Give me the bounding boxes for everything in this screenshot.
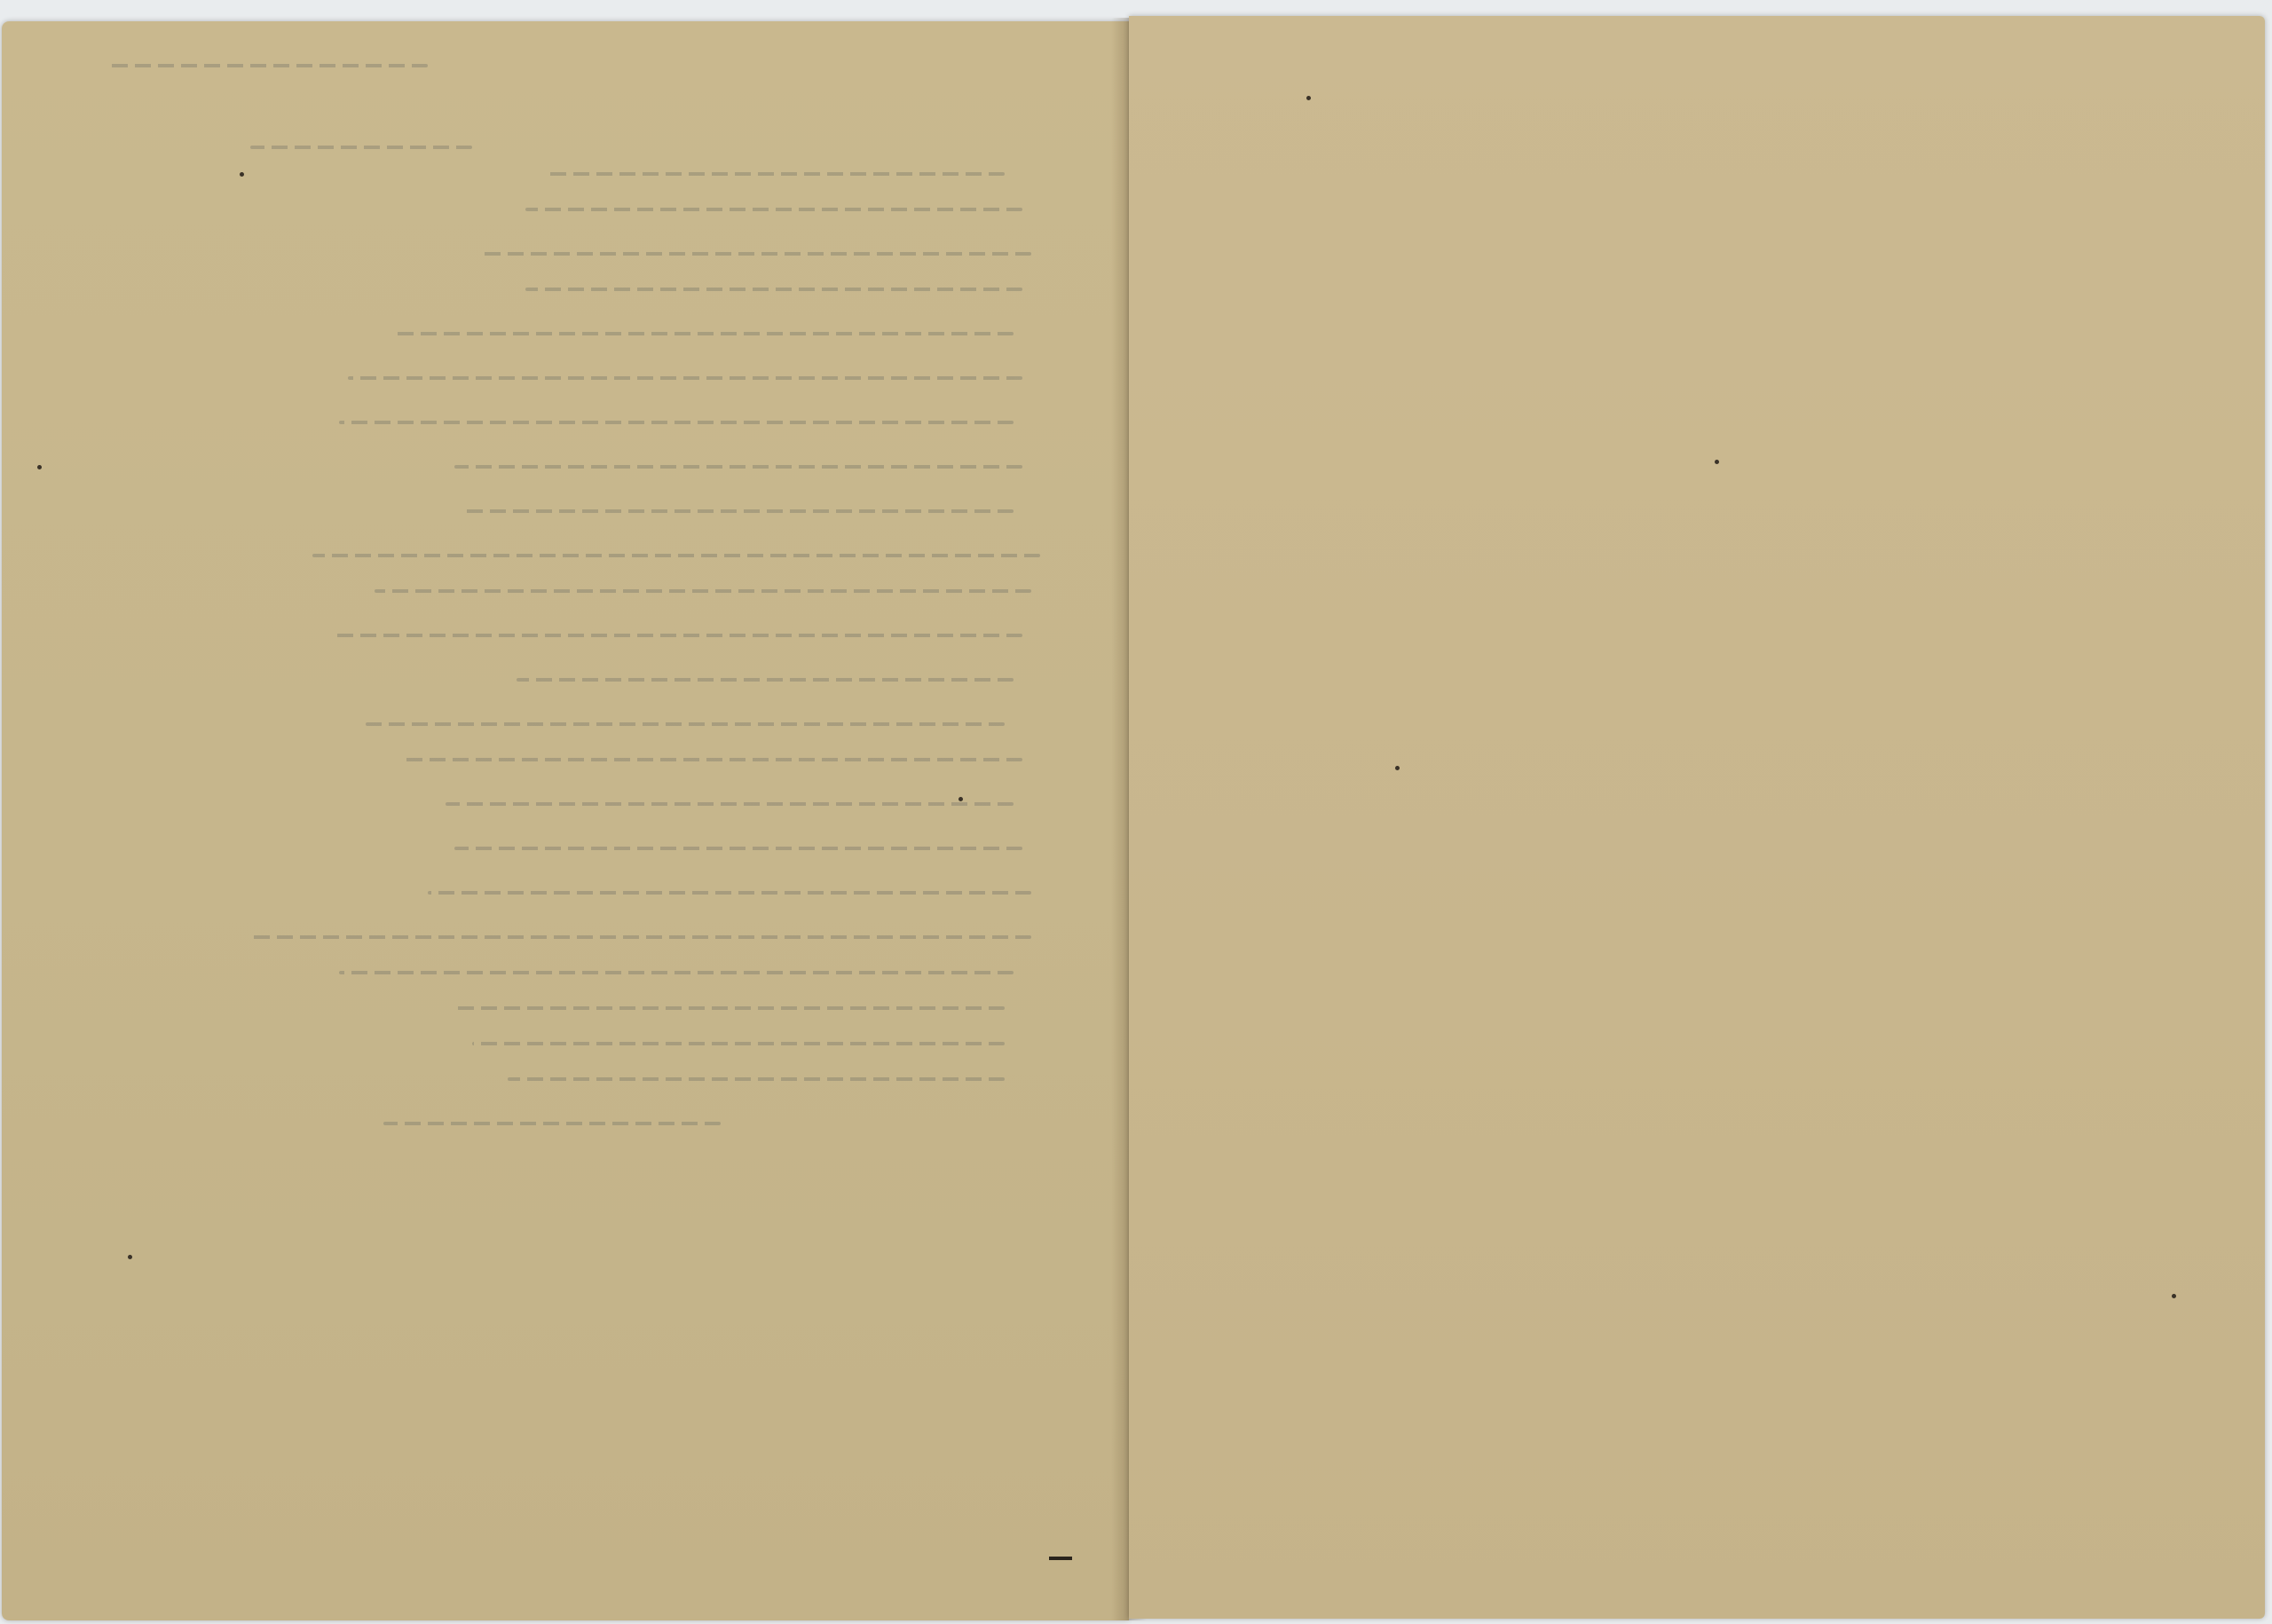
paper-speck xyxy=(958,797,963,801)
paper-speck xyxy=(240,172,244,177)
left-page xyxy=(2,21,1129,1620)
paper-speck xyxy=(2172,1294,2176,1298)
bleed-through-handwriting xyxy=(2,21,1129,1620)
right-page xyxy=(1129,16,2265,1619)
paper-speck xyxy=(128,1255,132,1259)
paper-speck xyxy=(37,465,42,469)
paper-speck xyxy=(1395,766,1400,770)
ink-mark xyxy=(1049,1557,1072,1560)
paper-speck xyxy=(1306,96,1311,100)
paper-speck xyxy=(1715,460,1719,464)
